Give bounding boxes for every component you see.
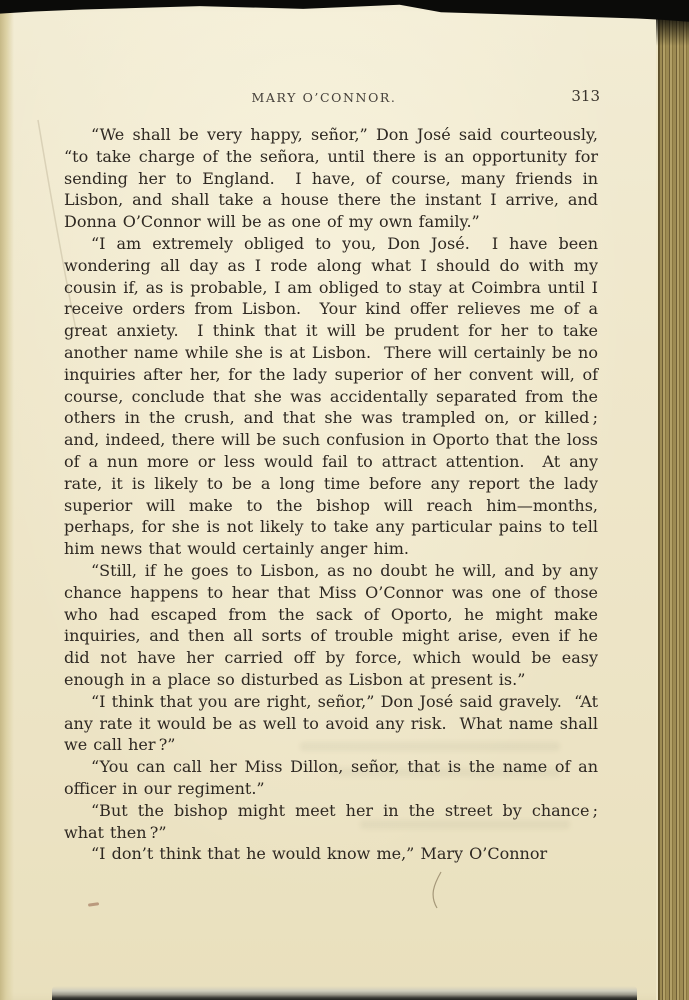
paragraph: “But the bishop might meet her in the st… xyxy=(64,800,598,844)
paragraph: “We shall be very happy, señor,” Don Jos… xyxy=(64,124,598,233)
book-fore-edge-pages xyxy=(656,0,689,1000)
book-page-scan: MARY O’CONNOR. 313 “We shall be very hap… xyxy=(0,0,689,1000)
paragraph: “I am extremely obliged to you, Don José… xyxy=(64,233,598,560)
page-left-edge xyxy=(0,6,14,1000)
paragraph: “I don’t think that he would know me,” M… xyxy=(64,843,598,865)
paragraph: “Still, if he goes to Lisbon, as no doub… xyxy=(64,560,598,691)
page-number: 313 xyxy=(571,88,600,105)
body-text: “We shall be very happy, señor,” Don Jos… xyxy=(64,124,598,865)
page-bottom-edge xyxy=(52,986,637,1000)
running-title: MARY O’CONNOR. xyxy=(64,90,584,105)
page-header: MARY O’CONNOR. 313 xyxy=(64,90,600,108)
paragraph: “You can call her Miss Dillon, señor, th… xyxy=(64,756,598,800)
paragraph: “I think that you are right, señor,” Don… xyxy=(64,691,598,756)
